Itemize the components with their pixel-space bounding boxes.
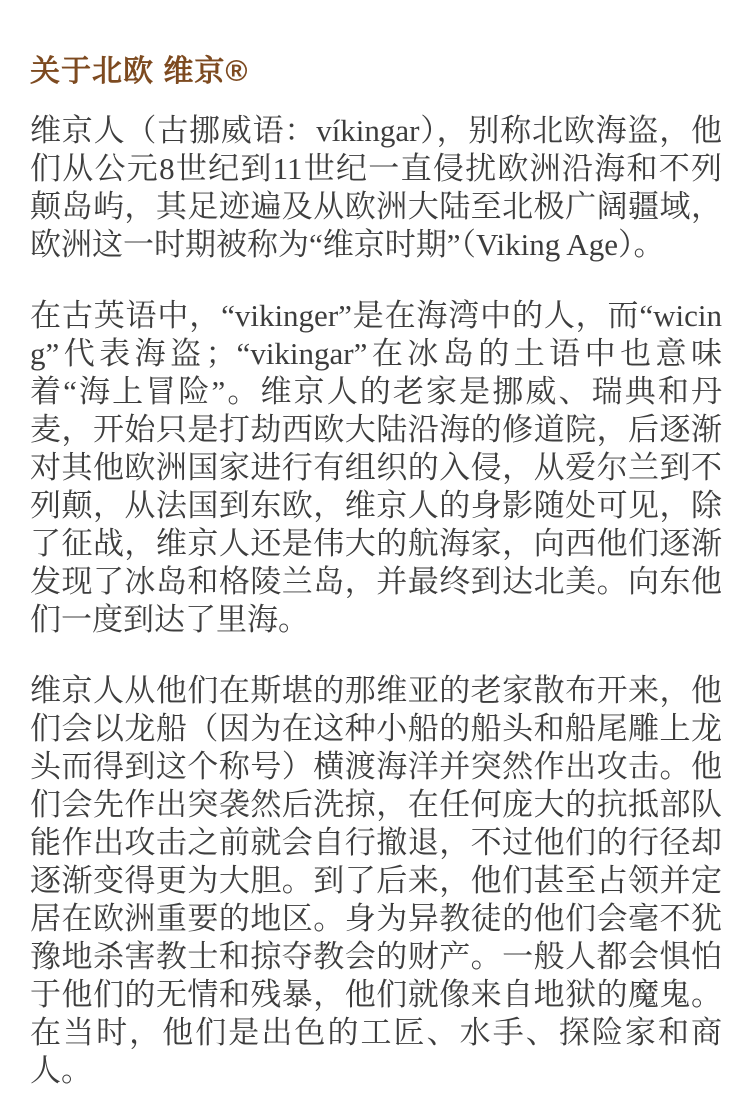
paragraph-raids-reputation: 维京人从他们在斯堪的那维亚的老家散布开来，他们会以龙船（因为在这种小船的船头和船… — [30, 672, 722, 1090]
paragraph-viking-intro: 维京人（古挪威语：víkingar），别称北欧海盗，他们从公元8世纪到11世纪一… — [30, 112, 722, 264]
paragraph-etymology-homeland: 在古英语中，“vikinger”是在海湾中的人，而“wicing”代表海盗；“v… — [30, 297, 722, 639]
page-title: 关于北欧 维京® — [30, 56, 722, 88]
article-page: 关于北欧 维京® 维京人（古挪威语：víkingar），别称北欧海盗，他们从公元… — [0, 0, 750, 1100]
article-body: 维京人（古挪威语：víkingar），别称北欧海盗，他们从公元8世纪到11世纪一… — [30, 112, 722, 1090]
